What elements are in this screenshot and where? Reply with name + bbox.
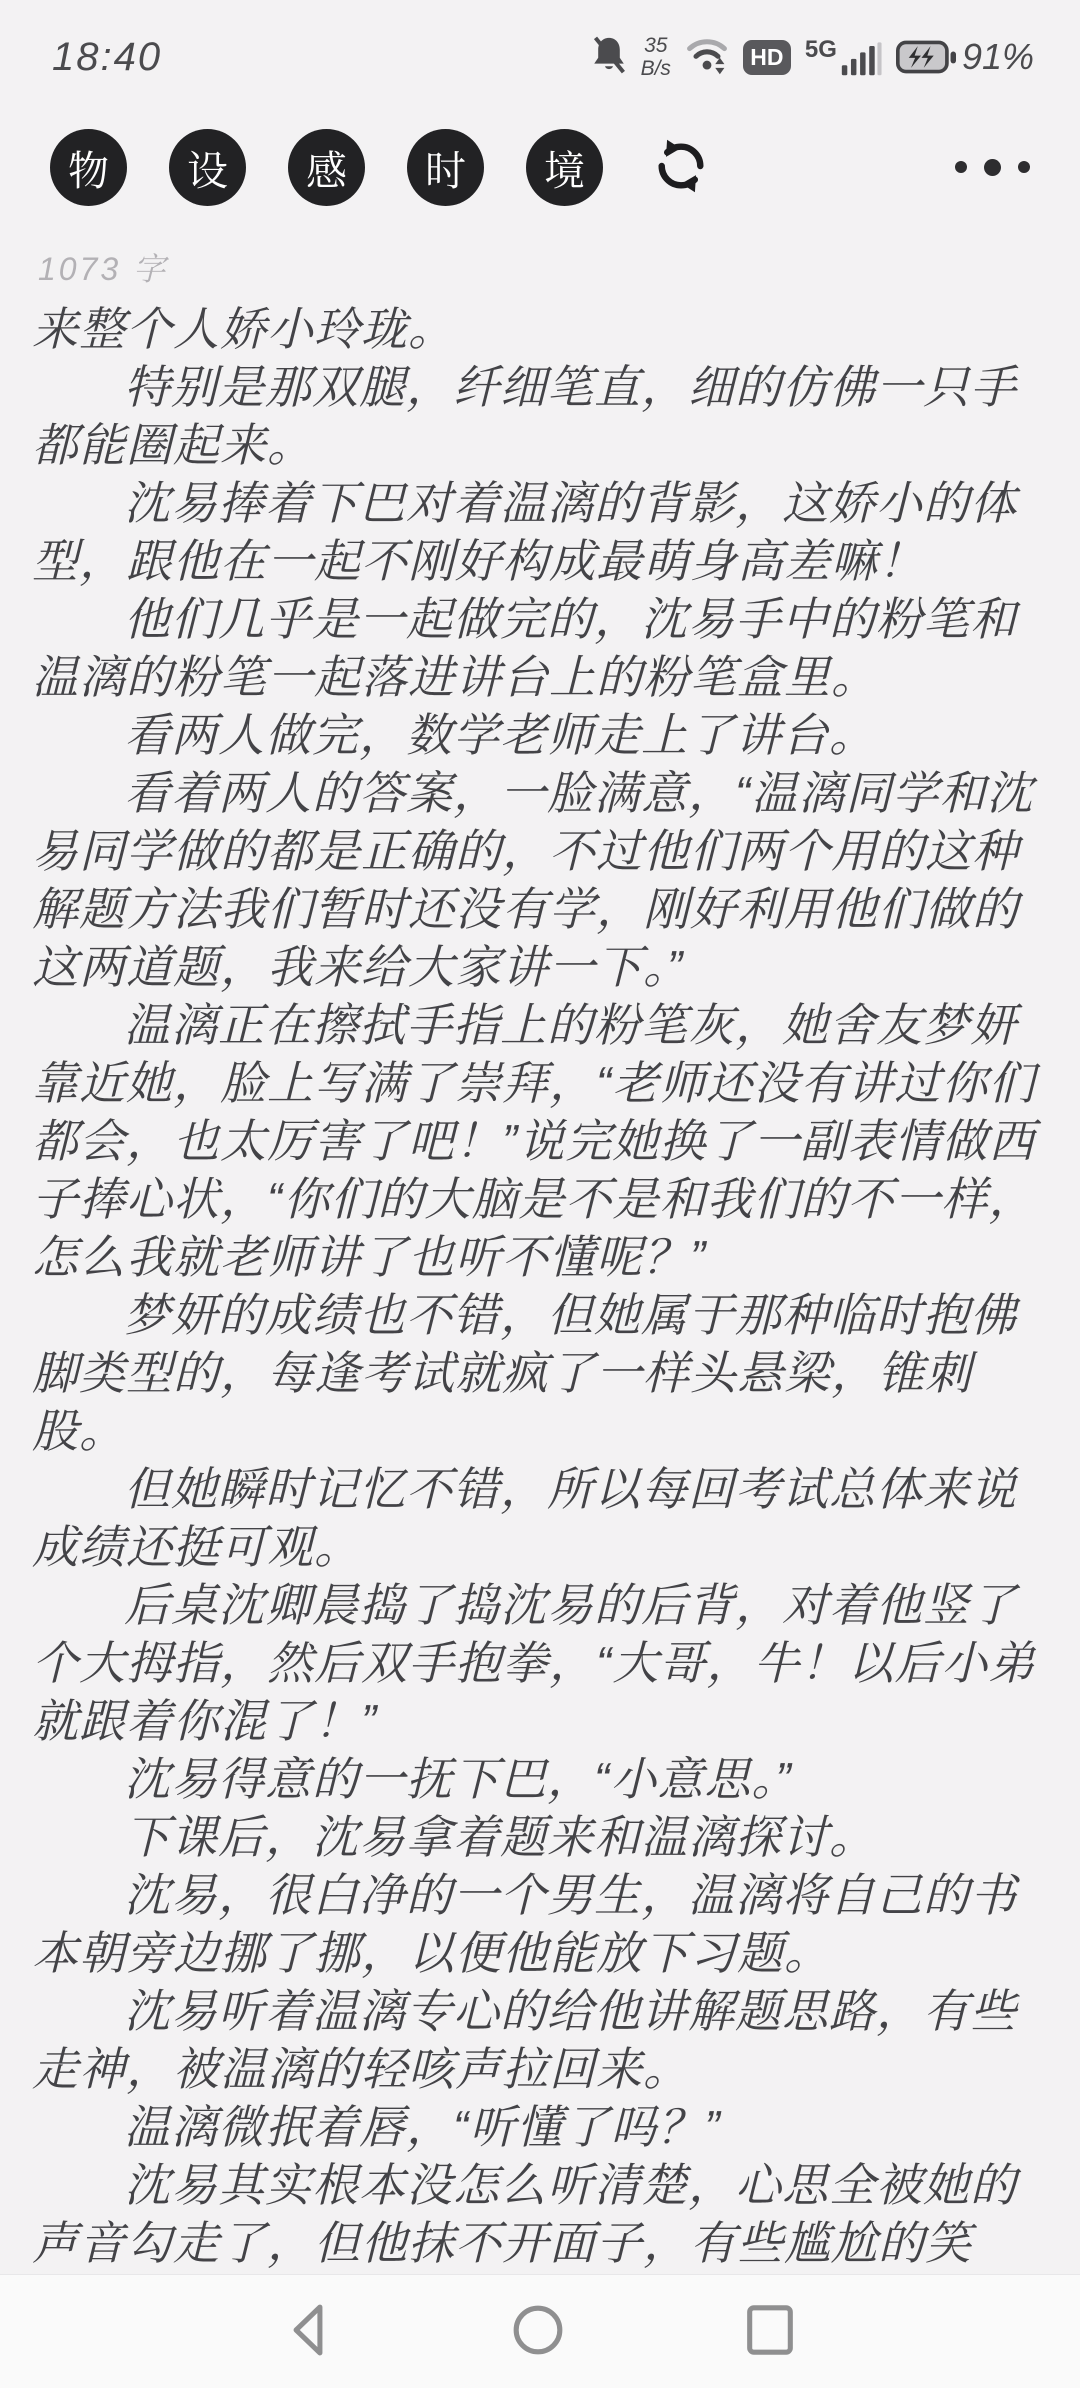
status-icons: 35 B/s HD 5G: [591, 34, 1034, 80]
clock: 18:40: [52, 35, 162, 80]
refresh-button[interactable]: [651, 136, 711, 199]
speed-value: 35: [644, 34, 667, 57]
paragraph: 但她瞬时记忆不错，所以每回考试总体来说成绩还挺可观。: [32, 1460, 1048, 1576]
paragraph: 梦妍的成绩也不错，但她属于那种临时抱佛脚类型的，每逢考试就疯了一样头悬梁，锥刺股…: [32, 1286, 1048, 1460]
cellular-signal-icon: 5G: [805, 38, 882, 76]
paragraph: 沈易，很白净的一个男生，温漓将自己的书本朝旁边挪了挪，以便他能放下习题。: [32, 1866, 1048, 1982]
android-navigation-bar: [0, 2274, 1080, 2388]
paragraph: 下课后，沈易拿着题来和温漓探讨。: [32, 1808, 1048, 1866]
back-button[interactable]: [286, 2300, 330, 2363]
battery-percent-label: 91%: [962, 36, 1034, 78]
home-icon: [512, 2304, 564, 2359]
category-button-scene[interactable]: 境: [526, 129, 603, 206]
paragraph: 后桌沈卿晨捣了捣沈易的后背，对着他竖了个大拇指，然后双手抱拳，“大哥，牛！以后小…: [32, 1576, 1048, 1750]
paragraph: 沈易得意的一抚下巴，“小意思。”: [32, 1750, 1048, 1808]
recents-button[interactable]: [746, 2304, 794, 2359]
paragraph: 看着两人的答案，一脸满意，“温漓同学和沈易同学做的都是正确的，不过他们两个用的这…: [32, 764, 1048, 996]
editor-content: 1073 字 来整个人娇小玲珑。 特别是那双腿，纤细笔直，细的仿佛一只手都能圈起…: [0, 244, 1080, 2285]
back-icon: [286, 2300, 330, 2363]
paragraph: 来整个人娇小玲珑。: [32, 300, 1048, 358]
category-button-setting[interactable]: 设: [169, 129, 246, 206]
more-menu-icon: [955, 161, 967, 173]
more-menu-button[interactable]: [955, 151, 1030, 184]
category-button-time[interactable]: 时: [407, 129, 484, 206]
battery-charging-icon: 91%: [896, 36, 1034, 78]
paragraph: 他们几乎是一起做完的，沈易手中的粉笔和温漓的粉笔一起落进讲台上的粉笔盒里。: [32, 590, 1048, 706]
paragraph: 温漓正在擦拭手指上的粉笔灰，她舍友梦妍靠近她，脸上写满了崇拜，“老师还没有讲过你…: [32, 996, 1048, 1286]
more-menu-icon: [984, 159, 1001, 176]
speed-unit: B/s: [641, 57, 671, 80]
phone-screen: 18:40 35 B/s: [0, 0, 1080, 2388]
notifications-muted-icon: [591, 35, 627, 80]
manuscript-text-area[interactable]: 来整个人娇小玲珑。 特别是那双腿，纤细笔直，细的仿佛一只手都能圈起来。 沈易捧着…: [32, 300, 1048, 2285]
network-speed-indicator: 35 B/s: [641, 34, 671, 80]
recents-icon: [746, 2304, 794, 2359]
category-button-character[interactable]: 物: [50, 129, 127, 206]
hd-voice-icon: HD: [743, 40, 791, 75]
home-button[interactable]: [512, 2304, 564, 2359]
more-menu-icon: [1018, 161, 1030, 173]
paragraph: 看两人做完，数学老师走上了讲台。: [32, 706, 1048, 764]
status-bar: 18:40 35 B/s: [0, 0, 1080, 92]
category-button-feeling[interactable]: 感: [288, 129, 365, 206]
paragraph: 沈易其实根本没怎么听清楚，心思全被她的声音勾走了，但他抹不开面子，有些尴尬的笑笑…: [32, 2156, 1048, 2285]
wifi-icon: [685, 35, 729, 80]
refresh-icon: [651, 136, 711, 199]
category-label: 设: [187, 138, 228, 197]
paragraph: 沈易听着温漓专心的给他讲解题思路，有些走神，被温漓的轻咳声拉回来。: [32, 1982, 1048, 2098]
paragraph: 特别是那双腿，纤细笔直，细的仿佛一只手都能圈起来。: [32, 358, 1048, 474]
category-label: 时: [425, 138, 466, 197]
word-count-label: 1073 字: [38, 244, 1048, 290]
writing-toolbar: 物 设 感 时 境: [0, 128, 1080, 206]
category-label: 感: [306, 138, 347, 197]
paragraph: 温漓微抿着唇，“听懂了吗？”: [32, 2098, 1048, 2156]
category-label: 境: [544, 138, 585, 197]
network-type-label: 5G: [805, 38, 837, 62]
category-label: 物: [68, 138, 109, 197]
paragraph: 沈易捧着下巴对着温漓的背影，这娇小的体型，跟他在一起不刚好构成最萌身高差嘛！: [32, 474, 1048, 590]
